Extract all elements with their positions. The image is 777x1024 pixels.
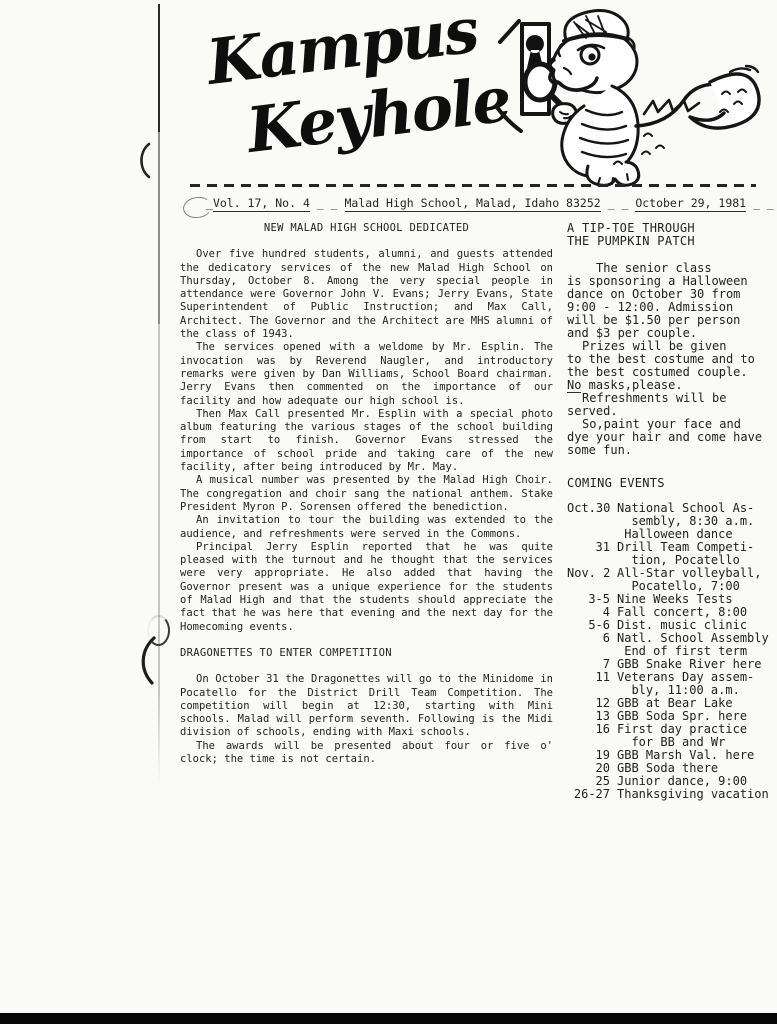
paragraph: A musical number was presented by the Ma…: [180, 474, 553, 514]
dateline-underscore: _: [206, 196, 213, 210]
paragraph: On October 31 the Dragonettes will go to…: [180, 673, 553, 739]
paragraph-text: Prizes will be given to the best costume…: [567, 339, 755, 379]
paragraph: Over five hundred students, alumni, and …: [180, 248, 553, 341]
article2-body: On October 31 the Dragonettes will go to…: [180, 673, 553, 766]
paragraph: Refreshments will be served.: [567, 392, 773, 418]
article1-body: Over five hundred students, alumni, and …: [180, 248, 553, 634]
dateline: _ Vol. 17, No. 4 _ _ Malad High School, …: [206, 196, 742, 212]
event-date: 31: [567, 541, 610, 554]
event-date: 16: [567, 723, 610, 736]
event-date: Oct.30: [567, 502, 610, 515]
issue-date: October 29, 1981: [635, 196, 746, 212]
paragraph: An invitation to tour the building was e…: [180, 514, 553, 541]
volume-number: Vol. 17, No. 4: [213, 196, 310, 212]
left-column: NEW MALAD HIGH SCHOOL DEDICATED Over fiv…: [180, 222, 553, 766]
event-date: 26-27: [567, 788, 610, 801]
school-address: Malad High School, Malad, Idaho 83252: [345, 196, 601, 212]
underlined-word-no: No: [567, 378, 581, 393]
newsletter-page: Kampus Keyhole: [0, 0, 777, 1024]
coming-events-title: COMING EVENTS: [567, 477, 773, 490]
pumpkin-article-title: A TIP-TOE THROUGH THE PUMPKIN PATCH: [567, 222, 773, 248]
event-text: Thanksgiving vacation: [617, 788, 769, 801]
article1-title: NEW MALAD HIGH SCHOOL DEDICATED: [180, 222, 553, 235]
paragraph: The awards will be presented about four …: [180, 740, 553, 767]
paper-edge-line: [158, 4, 160, 786]
pen-bracket-mark-top: [136, 142, 152, 180]
dragon-mascot-illustration: [494, 8, 766, 190]
pumpkin-title-line1: A TIP-TOE THROUGH: [567, 221, 695, 235]
dateline-separator: _ _: [310, 196, 345, 210]
paragraph: Then Max Call presented Mr. Esplin with …: [180, 408, 553, 474]
paragraph: Prizes will be given to the best costume…: [567, 340, 773, 392]
event-date: 6: [567, 632, 610, 645]
scan-edge-bar: [0, 1013, 777, 1024]
dateline-separator: _ _: [601, 196, 636, 210]
event-date: [567, 515, 610, 528]
paragraph: Principal Jerry Esplin reported that he …: [180, 541, 553, 634]
event-date: Nov. 2: [567, 567, 610, 580]
paragraph: So,paint your face and dye your hair and…: [567, 418, 773, 457]
right-column: A TIP-TOE THROUGH THE PUMPKIN PATCH The …: [567, 222, 773, 801]
pumpkin-title-line2: THE PUMPKIN PATCH: [567, 234, 695, 248]
dashed-rule: [190, 184, 756, 187]
hole-punch-mark-bottom: [147, 615, 170, 646]
paragraph-text: masks,please.: [581, 378, 682, 392]
article2-title: DRAGONETTES TO ENTER COMPETITION: [180, 647, 553, 660]
paragraph: The services opened with a weldome by Mr…: [180, 341, 553, 407]
event-date: 11: [567, 671, 610, 684]
dateline-underscore: _ _: [746, 196, 774, 210]
paragraph: The senior class is sponsoring a Hallowe…: [567, 262, 773, 340]
event-row: 26-27 Thanksgiving vacation: [567, 788, 773, 801]
coming-events-list: Oct.30 National School As- sembly, 8:30 …: [567, 502, 773, 801]
